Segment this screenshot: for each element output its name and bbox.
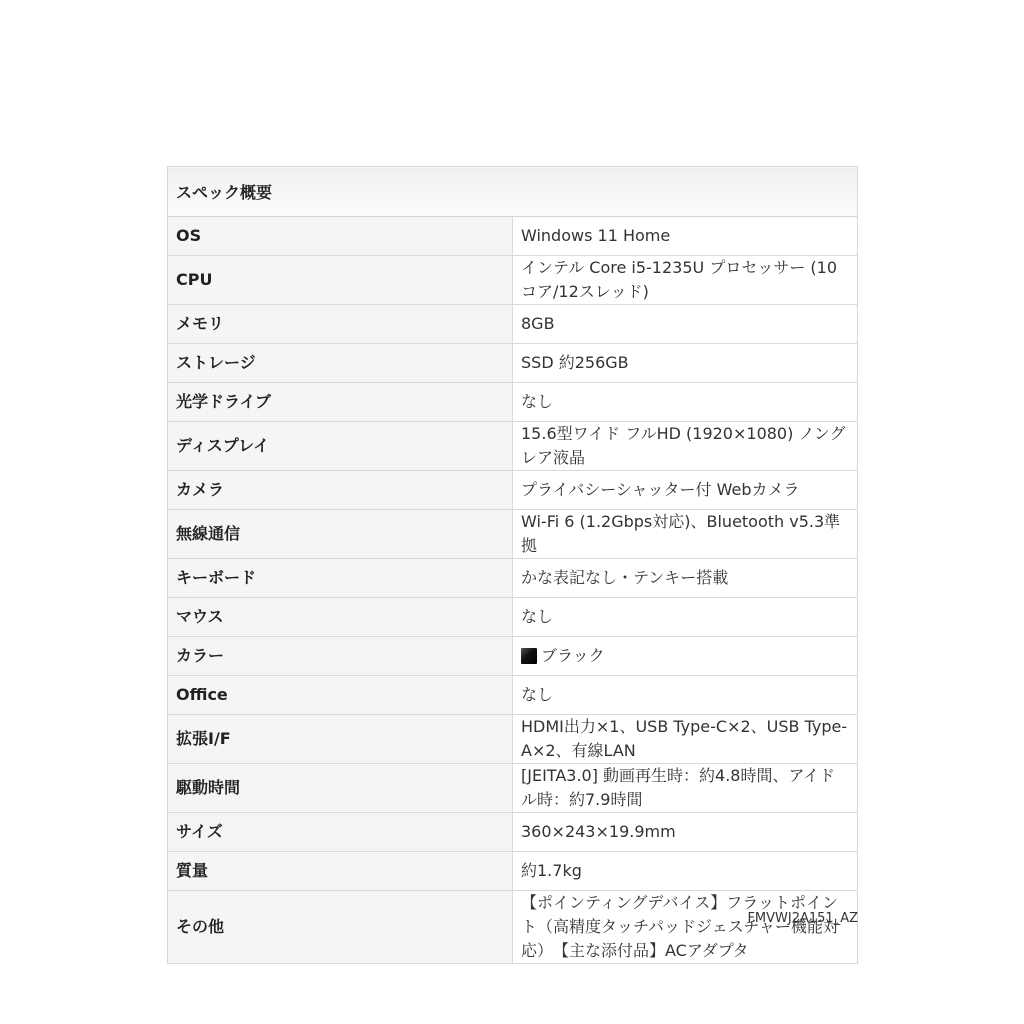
spec-table: スペック概要 OS Windows 11 Home CPU インテル Core … <box>167 166 858 964</box>
spec-row-camera: カメラ プライバシーシャッター付 Webカメラ <box>168 471 858 510</box>
spec-label: マウス <box>168 598 513 637</box>
spec-label: メモリ <box>168 305 513 344</box>
spec-value: かな表記なし・テンキー搭載 <box>513 559 858 598</box>
spec-value: [JEITA3.0] 動画再生時：約4.8時間、アイドル時：約7.9時間 <box>513 764 858 813</box>
spec-label: その他 <box>168 891 513 964</box>
spec-row-weight: 質量 約1.7kg <box>168 852 858 891</box>
spec-label: 無線通信 <box>168 510 513 559</box>
spec-row-office: Office なし <box>168 676 858 715</box>
spec-row-color: カラー ブラック <box>168 637 858 676</box>
spec-label: カメラ <box>168 471 513 510</box>
spec-label: 光学ドライブ <box>168 383 513 422</box>
spec-label: 駆動時間 <box>168 764 513 813</box>
spec-label: 質量 <box>168 852 513 891</box>
spec-label: Office <box>168 676 513 715</box>
spec-row-other: その他 【ポインティングデバイス】フラットポイント（高精度タッチパッドジェスチャ… <box>168 891 858 964</box>
spec-value: なし <box>513 598 858 637</box>
model-code: FMVWJ2A151_AZ <box>747 911 858 926</box>
spec-value: 約1.7kg <box>513 852 858 891</box>
spec-row-mouse: マウス なし <box>168 598 858 637</box>
spec-label: ストレージ <box>168 344 513 383</box>
spec-row-optical-drive: 光学ドライブ なし <box>168 383 858 422</box>
spec-label: CPU <box>168 256 513 305</box>
spec-row-keyboard: キーボード かな表記なし・テンキー搭載 <box>168 559 858 598</box>
spec-row-battery-life: 駆動時間 [JEITA3.0] 動画再生時：約4.8時間、アイドル時：約7.9時… <box>168 764 858 813</box>
spec-label: キーボード <box>168 559 513 598</box>
spec-row-size: サイズ 360×243×19.9mm <box>168 813 858 852</box>
spec-value: プライバシーシャッター付 Webカメラ <box>513 471 858 510</box>
spec-value: インテル Core i5-1235U プロセッサー (10コア/12スレッド) <box>513 256 858 305</box>
spec-value: HDMI出力×1、USB Type-C×2、USB Type-A×2、有線LAN <box>513 715 858 764</box>
spec-row-os: OS Windows 11 Home <box>168 217 858 256</box>
spec-value: 360×243×19.9mm <box>513 813 858 852</box>
spec-label: OS <box>168 217 513 256</box>
spec-row-memory: メモリ 8GB <box>168 305 858 344</box>
spec-value-color: ブラック <box>513 637 858 676</box>
spec-value: なし <box>513 676 858 715</box>
color-swatch-icon <box>521 648 537 664</box>
color-name: ブラック <box>541 646 605 665</box>
spec-value: 15.6型ワイド フルHD (1920×1080) ノングレア液晶 <box>513 422 858 471</box>
spec-value: Windows 11 Home <box>513 217 858 256</box>
spec-value: 8GB <box>513 305 858 344</box>
spec-value: なし <box>513 383 858 422</box>
spec-row-interfaces: 拡張I/F HDMI出力×1、USB Type-C×2、USB Type-A×2… <box>168 715 858 764</box>
spec-label: サイズ <box>168 813 513 852</box>
spec-table-title: スペック概要 <box>168 167 858 217</box>
spec-label: カラー <box>168 637 513 676</box>
spec-value: SSD 約256GB <box>513 344 858 383</box>
spec-summary: スペック概要 OS Windows 11 Home CPU インテル Core … <box>167 166 858 964</box>
spec-row-storage: ストレージ SSD 約256GB <box>168 344 858 383</box>
spec-row-wireless: 無線通信 Wi-Fi 6 (1.2Gbps対応)、Bluetooth v5.3準… <box>168 510 858 559</box>
spec-row-cpu: CPU インテル Core i5-1235U プロセッサー (10コア/12スレ… <box>168 256 858 305</box>
spec-value: 【ポインティングデバイス】フラットポイント（高精度タッチパッドジェスチャー機能対… <box>513 891 858 964</box>
spec-label: ディスプレイ <box>168 422 513 471</box>
spec-label: 拡張I/F <box>168 715 513 764</box>
spec-row-display: ディスプレイ 15.6型ワイド フルHD (1920×1080) ノングレア液晶 <box>168 422 858 471</box>
spec-value: Wi-Fi 6 (1.2Gbps対応)、Bluetooth v5.3準拠 <box>513 510 858 559</box>
